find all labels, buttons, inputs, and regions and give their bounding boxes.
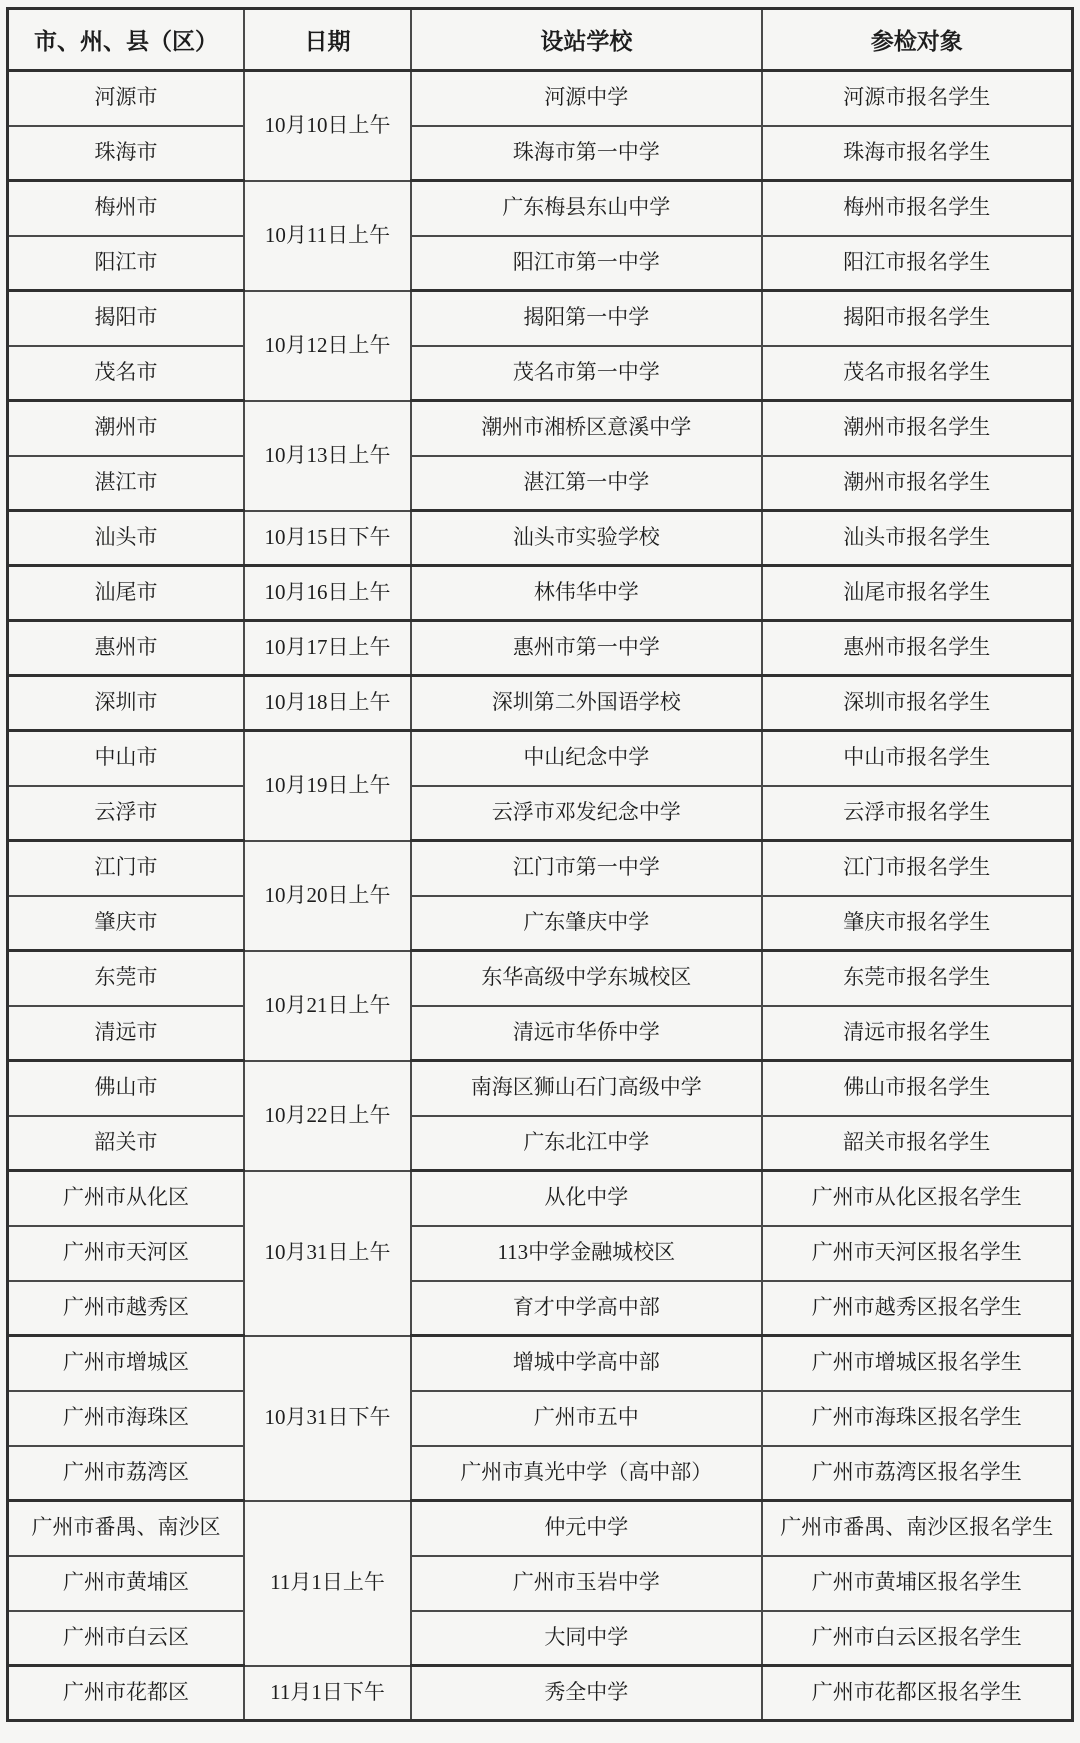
date-cell: 10月17日上午 <box>244 621 411 676</box>
table-row: 中山市10月19日上午中山纪念中学中山市报名学生 <box>8 731 1073 786</box>
table-row: 东莞市10月21日上午东华高级中学东城校区东莞市报名学生 <box>8 951 1073 1006</box>
date-cell: 10月18日上午 <box>244 676 411 731</box>
target-cell: 广州市花都区报名学生 <box>762 1666 1073 1721</box>
target-cell: 广州市黄埔区报名学生 <box>762 1556 1073 1611</box>
table-row: 珠海市珠海市第一中学珠海市报名学生 <box>8 126 1073 181</box>
region-cell: 广州市从化区 <box>8 1171 244 1226</box>
date-cell: 10月31日上午 <box>244 1171 411 1336</box>
target-cell: 云浮市报名学生 <box>762 786 1073 841</box>
region-cell: 河源市 <box>8 71 244 126</box>
school-cell: 广州市真光中学（高中部） <box>411 1446 761 1501</box>
target-cell: 广州市越秀区报名学生 <box>762 1281 1073 1336</box>
target-cell: 汕头市报名学生 <box>762 511 1073 566</box>
date-cell: 10月20日上午 <box>244 841 411 951</box>
table-row: 梅州市10月11日上午广东梅县东山中学梅州市报名学生 <box>8 181 1073 236</box>
region-cell: 广州市荔湾区 <box>8 1446 244 1501</box>
school-cell: 113中学金融城校区 <box>411 1226 761 1281</box>
school-cell: 江门市第一中学 <box>411 841 761 896</box>
school-cell: 阳江市第一中学 <box>411 236 761 291</box>
date-cell: 10月19日上午 <box>244 731 411 841</box>
school-cell: 广东梅县东山中学 <box>411 181 761 236</box>
school-cell: 清远市华侨中学 <box>411 1006 761 1061</box>
table-row: 揭阳市10月12日上午揭阳第一中学揭阳市报名学生 <box>8 291 1073 346</box>
header-target: 参检对象 <box>762 9 1073 71</box>
date-cell: 10月22日上午 <box>244 1061 411 1171</box>
table-row: 韶关市广东北江中学韶关市报名学生 <box>8 1116 1073 1171</box>
school-cell: 南海区狮山石门高级中学 <box>411 1061 761 1116</box>
target-cell: 潮州市报名学生 <box>762 456 1073 511</box>
header-school: 设站学校 <box>411 9 761 71</box>
table-row: 潮州市10月13日上午潮州市湘桥区意溪中学潮州市报名学生 <box>8 401 1073 456</box>
table-row: 广州市海珠区广州市五中广州市海珠区报名学生 <box>8 1391 1073 1446</box>
target-cell: 广州市增城区报名学生 <box>762 1336 1073 1391</box>
table-row: 深圳市10月18日上午深圳第二外国语学校深圳市报名学生 <box>8 676 1073 731</box>
school-cell: 潮州市湘桥区意溪中学 <box>411 401 761 456</box>
region-cell: 肇庆市 <box>8 896 244 951</box>
school-cell: 广东北江中学 <box>411 1116 761 1171</box>
target-cell: 广州市番禺、南沙区报名学生 <box>762 1501 1073 1556</box>
table-row: 广州市番禺、南沙区11月1日上午仲元中学广州市番禺、南沙区报名学生 <box>8 1501 1073 1556</box>
header-region: 市、州、县（区） <box>8 9 244 71</box>
date-cell: 10月10日上午 <box>244 71 411 181</box>
target-cell: 揭阳市报名学生 <box>762 291 1073 346</box>
school-cell: 从化中学 <box>411 1171 761 1226</box>
target-cell: 深圳市报名学生 <box>762 676 1073 731</box>
target-cell: 东莞市报名学生 <box>762 951 1073 1006</box>
region-cell: 中山市 <box>8 731 244 786</box>
region-cell: 广州市花都区 <box>8 1666 244 1721</box>
date-cell: 10月31日下午 <box>244 1336 411 1501</box>
school-cell: 湛江第一中学 <box>411 456 761 511</box>
region-cell: 广州市增城区 <box>8 1336 244 1391</box>
school-cell: 林伟华中学 <box>411 566 761 621</box>
date-cell: 11月1日下午 <box>244 1666 411 1721</box>
table-row: 广州市黄埔区广州市玉岩中学广州市黄埔区报名学生 <box>8 1556 1073 1611</box>
school-cell: 惠州市第一中学 <box>411 621 761 676</box>
date-cell: 10月16日上午 <box>244 566 411 621</box>
date-cell: 10月11日上午 <box>244 181 411 291</box>
table-row: 广州市从化区10月31日上午从化中学广州市从化区报名学生 <box>8 1171 1073 1226</box>
schedule-table-head: 市、州、县（区） 日期 设站学校 参检对象 <box>8 9 1073 71</box>
region-cell: 江门市 <box>8 841 244 896</box>
region-cell: 珠海市 <box>8 126 244 181</box>
target-cell: 汕尾市报名学生 <box>762 566 1073 621</box>
school-cell: 揭阳第一中学 <box>411 291 761 346</box>
region-cell: 韶关市 <box>8 1116 244 1171</box>
table-row: 清远市清远市华侨中学清远市报名学生 <box>8 1006 1073 1061</box>
target-cell: 阳江市报名学生 <box>762 236 1073 291</box>
date-cell: 11月1日上午 <box>244 1501 411 1666</box>
region-cell: 梅州市 <box>8 181 244 236</box>
region-cell: 茂名市 <box>8 346 244 401</box>
region-cell: 广州市番禺、南沙区 <box>8 1501 244 1556</box>
table-row: 广州市白云区大同中学广州市白云区报名学生 <box>8 1611 1073 1666</box>
region-cell: 揭阳市 <box>8 291 244 346</box>
target-cell: 韶关市报名学生 <box>762 1116 1073 1171</box>
region-cell: 佛山市 <box>8 1061 244 1116</box>
table-row: 惠州市10月17日上午惠州市第一中学惠州市报名学生 <box>8 621 1073 676</box>
school-cell: 珠海市第一中学 <box>411 126 761 181</box>
schedule-page: 市、州、县（区） 日期 设站学校 参检对象 河源市10月10日上午河源中学河源市… <box>0 0 1080 1743</box>
region-cell: 惠州市 <box>8 621 244 676</box>
school-cell: 育才中学高中部 <box>411 1281 761 1336</box>
region-cell: 湛江市 <box>8 456 244 511</box>
region-cell: 潮州市 <box>8 401 244 456</box>
table-row: 广州市越秀区育才中学高中部广州市越秀区报名学生 <box>8 1281 1073 1336</box>
table-row: 佛山市10月22日上午南海区狮山石门高级中学佛山市报名学生 <box>8 1061 1073 1116</box>
table-row: 河源市10月10日上午河源中学河源市报名学生 <box>8 71 1073 126</box>
school-cell: 东华高级中学东城校区 <box>411 951 761 1006</box>
school-cell: 大同中学 <box>411 1611 761 1666</box>
table-row: 广州市增城区10月31日下午增城中学高中部广州市增城区报名学生 <box>8 1336 1073 1391</box>
target-cell: 河源市报名学生 <box>762 71 1073 126</box>
school-cell: 汕头市实验学校 <box>411 511 761 566</box>
table-row: 阳江市阳江市第一中学阳江市报名学生 <box>8 236 1073 291</box>
target-cell: 江门市报名学生 <box>762 841 1073 896</box>
target-cell: 惠州市报名学生 <box>762 621 1073 676</box>
table-row: 汕头市10月15日下午汕头市实验学校汕头市报名学生 <box>8 511 1073 566</box>
school-cell: 秀全中学 <box>411 1666 761 1721</box>
target-cell: 中山市报名学生 <box>762 731 1073 786</box>
school-cell: 河源中学 <box>411 71 761 126</box>
table-row: 广州市天河区113中学金融城校区广州市天河区报名学生 <box>8 1226 1073 1281</box>
region-cell: 汕头市 <box>8 511 244 566</box>
region-cell: 广州市白云区 <box>8 1611 244 1666</box>
region-cell: 东莞市 <box>8 951 244 1006</box>
school-cell: 仲元中学 <box>411 1501 761 1556</box>
region-cell: 深圳市 <box>8 676 244 731</box>
target-cell: 清远市报名学生 <box>762 1006 1073 1061</box>
target-cell: 广州市从化区报名学生 <box>762 1171 1073 1226</box>
region-cell: 汕尾市 <box>8 566 244 621</box>
date-cell: 10月13日上午 <box>244 401 411 511</box>
school-cell: 广州市五中 <box>411 1391 761 1446</box>
school-cell: 深圳第二外国语学校 <box>411 676 761 731</box>
target-cell: 广州市海珠区报名学生 <box>762 1391 1073 1446</box>
region-cell: 广州市越秀区 <box>8 1281 244 1336</box>
table-row: 湛江市湛江第一中学潮州市报名学生 <box>8 456 1073 511</box>
region-cell: 广州市天河区 <box>8 1226 244 1281</box>
table-row: 广州市花都区11月1日下午秀全中学广州市花都区报名学生 <box>8 1666 1073 1721</box>
target-cell: 广州市白云区报名学生 <box>762 1611 1073 1666</box>
target-cell: 潮州市报名学生 <box>762 401 1073 456</box>
region-cell: 清远市 <box>8 1006 244 1061</box>
school-cell: 中山纪念中学 <box>411 731 761 786</box>
table-row: 江门市10月20日上午江门市第一中学江门市报名学生 <box>8 841 1073 896</box>
school-cell: 云浮市邓发纪念中学 <box>411 786 761 841</box>
table-row: 茂名市茂名市第一中学茂名市报名学生 <box>8 346 1073 401</box>
table-row: 云浮市云浮市邓发纪念中学云浮市报名学生 <box>8 786 1073 841</box>
target-cell: 广州市天河区报名学生 <box>762 1226 1073 1281</box>
schedule-table: 市、州、县（区） 日期 设站学校 参检对象 河源市10月10日上午河源中学河源市… <box>6 7 1074 1722</box>
header-date: 日期 <box>244 9 411 71</box>
region-cell: 广州市黄埔区 <box>8 1556 244 1611</box>
school-cell: 增城中学高中部 <box>411 1336 761 1391</box>
date-cell: 10月15日下午 <box>244 511 411 566</box>
school-cell: 广州市玉岩中学 <box>411 1556 761 1611</box>
date-cell: 10月21日上午 <box>244 951 411 1061</box>
table-row: 肇庆市广东肇庆中学肇庆市报名学生 <box>8 896 1073 951</box>
target-cell: 佛山市报名学生 <box>762 1061 1073 1116</box>
target-cell: 广州市荔湾区报名学生 <box>762 1446 1073 1501</box>
target-cell: 珠海市报名学生 <box>762 126 1073 181</box>
target-cell: 肇庆市报名学生 <box>762 896 1073 951</box>
date-cell: 10月12日上午 <box>244 291 411 401</box>
header-row: 市、州、县（区） 日期 设站学校 参检对象 <box>8 9 1073 71</box>
table-row: 汕尾市10月16日上午林伟华中学汕尾市报名学生 <box>8 566 1073 621</box>
schedule-table-body: 河源市10月10日上午河源中学河源市报名学生珠海市珠海市第一中学珠海市报名学生梅… <box>8 71 1073 1721</box>
school-cell: 茂名市第一中学 <box>411 346 761 401</box>
target-cell: 梅州市报名学生 <box>762 181 1073 236</box>
region-cell: 云浮市 <box>8 786 244 841</box>
region-cell: 阳江市 <box>8 236 244 291</box>
region-cell: 广州市海珠区 <box>8 1391 244 1446</box>
target-cell: 茂名市报名学生 <box>762 346 1073 401</box>
school-cell: 广东肇庆中学 <box>411 896 761 951</box>
table-row: 广州市荔湾区广州市真光中学（高中部）广州市荔湾区报名学生 <box>8 1446 1073 1501</box>
